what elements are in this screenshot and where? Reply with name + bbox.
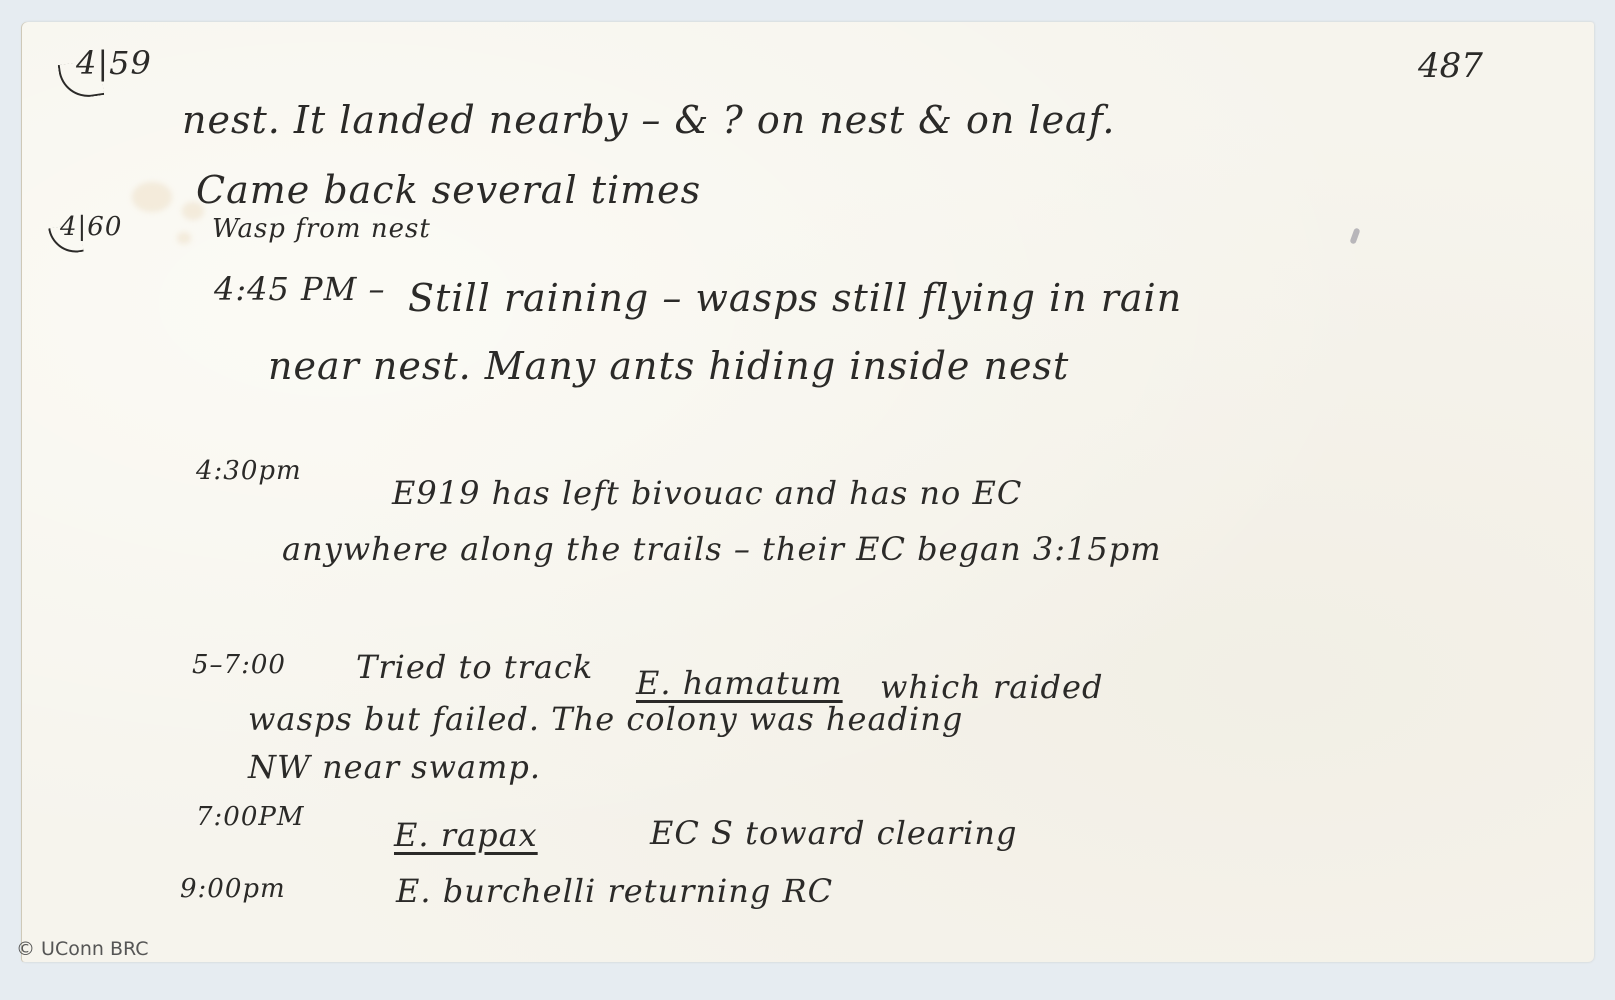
paper-stain bbox=[132, 182, 172, 212]
note-line: NW near swamp. bbox=[248, 748, 541, 786]
note-time: 4:30pm bbox=[196, 456, 302, 486]
note-line: Wasp from nest bbox=[212, 214, 431, 244]
note-line: wasps but failed. The colony was heading bbox=[248, 700, 963, 738]
species-name: E. hamatum bbox=[636, 664, 843, 702]
note-line: Tried to track bbox=[356, 648, 593, 686]
note-time: 9:00pm bbox=[180, 874, 286, 904]
note-line: E. burchelli returning RC bbox=[396, 872, 833, 910]
copyright-credit: © UConn BRC bbox=[16, 938, 149, 960]
note-line: Came back several times bbox=[196, 168, 701, 212]
note-time: 4:45 PM – bbox=[214, 270, 386, 308]
note-line: Still raining – wasps still flying in ra… bbox=[408, 276, 1182, 320]
note-line: near nest. Many ants hiding inside nest bbox=[268, 344, 1069, 388]
note-line: E919 has left bivouac and has no EC bbox=[392, 474, 1022, 512]
note-line: anywhere along the trails – their EC beg… bbox=[282, 530, 1162, 568]
note-line: EC S toward clearing bbox=[650, 814, 1017, 852]
page-number: 487 bbox=[1418, 46, 1483, 86]
species-name: E. rapax bbox=[394, 816, 538, 854]
note-line: nest. It landed nearby – & ? on nest & o… bbox=[182, 98, 1116, 142]
note-time: 7:00PM bbox=[196, 802, 305, 832]
paper-stain bbox=[177, 232, 191, 244]
note-time: 5–7:00 bbox=[192, 650, 286, 680]
